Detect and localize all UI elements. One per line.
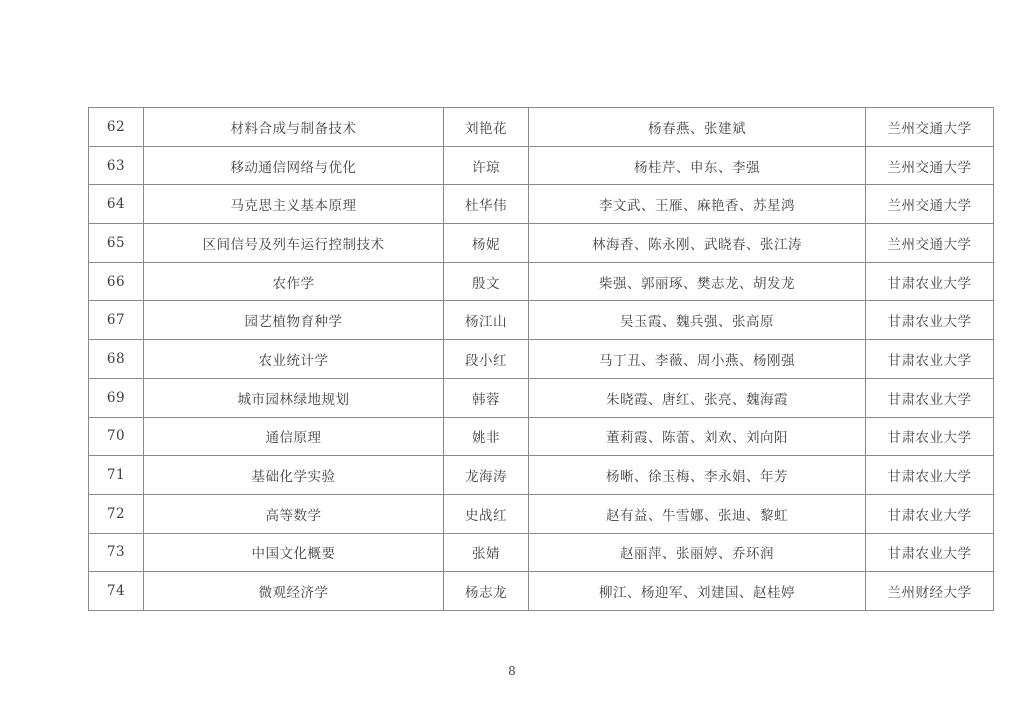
cell-university: 兰州交通大学 <box>866 224 994 263</box>
table-row: 63 移动通信网络与优化 许琼 杨桂芹、申东、李强 兰州交通大学 <box>89 146 994 185</box>
cell-course-name: 高等数学 <box>144 494 444 533</box>
table-row: 73 中国文化概要 张婧 赵丽萍、张丽婷、乔环润 甘肃农业大学 <box>89 533 994 572</box>
cell-university: 甘肃农业大学 <box>866 533 994 572</box>
cell-serial-number: 62 <box>89 108 144 147</box>
cell-leader-name: 史战红 <box>444 494 529 533</box>
cell-serial-number: 65 <box>89 224 144 263</box>
cell-university: 甘肃农业大学 <box>866 378 994 417</box>
cell-serial-number: 70 <box>89 417 144 456</box>
cell-course-name: 区间信号及列车运行控制技术 <box>144 224 444 263</box>
document-page: 62 材料合成与制备技术 刘艳花 杨春燕、张建斌 兰州交通大学 63 移动通信网… <box>0 0 1024 724</box>
table-row: 74 微观经济学 杨志龙 柳江、杨迎军、刘建国、赵桂婷 兰州财经大学 <box>89 572 994 611</box>
cell-leader-name: 韩蓉 <box>444 378 529 417</box>
cell-course-name: 移动通信网络与优化 <box>144 146 444 185</box>
table-row: 66 农作学 殷文 柴强、郭丽琢、樊志龙、胡发龙 甘肃农业大学 <box>89 262 994 301</box>
cell-serial-number: 74 <box>89 572 144 611</box>
cell-leader-name: 杜华伟 <box>444 185 529 224</box>
cell-member-names: 朱晓霞、唐红、张亮、魏海霞 <box>529 378 866 417</box>
cell-university: 甘肃农业大学 <box>866 301 994 340</box>
cell-university: 甘肃农业大学 <box>866 340 994 379</box>
cell-member-names: 杨桂芹、申东、李强 <box>529 146 866 185</box>
cell-leader-name: 龙海涛 <box>444 456 529 495</box>
cell-course-name: 农作学 <box>144 262 444 301</box>
cell-serial-number: 73 <box>89 533 144 572</box>
cell-member-names: 董莉霞、陈蕾、刘欢、刘向阳 <box>529 417 866 456</box>
table-row: 70 通信原理 姚非 董莉霞、陈蕾、刘欢、刘向阳 甘肃农业大学 <box>89 417 994 456</box>
cell-member-names: 杨晰、徐玉梅、李永娟、年芳 <box>529 456 866 495</box>
cell-serial-number: 69 <box>89 378 144 417</box>
cell-course-name: 农业统计学 <box>144 340 444 379</box>
cell-university: 兰州交通大学 <box>866 185 994 224</box>
cell-leader-name: 许琼 <box>444 146 529 185</box>
cell-leader-name: 殷文 <box>444 262 529 301</box>
cell-member-names: 林海香、陈永刚、武晓春、张江涛 <box>529 224 866 263</box>
cell-university: 兰州交通大学 <box>866 146 994 185</box>
cell-leader-name: 姚非 <box>444 417 529 456</box>
table-row: 67 园艺植物育种学 杨江山 吴玉霞、魏兵强、张高原 甘肃农业大学 <box>89 301 994 340</box>
page-number: 8 <box>0 664 1024 678</box>
cell-university: 甘肃农业大学 <box>866 494 994 533</box>
cell-serial-number: 66 <box>89 262 144 301</box>
course-list-table: 62 材料合成与制备技术 刘艳花 杨春燕、张建斌 兰州交通大学 63 移动通信网… <box>88 107 994 611</box>
table-row: 65 区间信号及列车运行控制技术 杨妮 林海香、陈永刚、武晓春、张江涛 兰州交通… <box>89 224 994 263</box>
table-row: 68 农业统计学 段小红 马丁丑、李薇、周小燕、杨刚强 甘肃农业大学 <box>89 340 994 379</box>
cell-member-names: 李文武、王雁、麻艳香、苏星鸿 <box>529 185 866 224</box>
table-row: 71 基础化学实验 龙海涛 杨晰、徐玉梅、李永娟、年芳 甘肃农业大学 <box>89 456 994 495</box>
cell-course-name: 材料合成与制备技术 <box>144 108 444 147</box>
cell-serial-number: 71 <box>89 456 144 495</box>
cell-university: 兰州交通大学 <box>866 108 994 147</box>
cell-serial-number: 68 <box>89 340 144 379</box>
cell-serial-number: 64 <box>89 185 144 224</box>
cell-leader-name: 杨妮 <box>444 224 529 263</box>
cell-serial-number: 63 <box>89 146 144 185</box>
cell-university: 甘肃农业大学 <box>866 456 994 495</box>
cell-member-names: 杨春燕、张建斌 <box>529 108 866 147</box>
cell-course-name: 马克思主义基本原理 <box>144 185 444 224</box>
cell-university: 甘肃农业大学 <box>866 417 994 456</box>
cell-university: 兰州财经大学 <box>866 572 994 611</box>
table-row: 72 高等数学 史战红 赵有益、牛雪娜、张迪、黎虹 甘肃农业大学 <box>89 494 994 533</box>
cell-member-names: 吴玉霞、魏兵强、张高原 <box>529 301 866 340</box>
cell-course-name: 微观经济学 <box>144 572 444 611</box>
cell-course-name: 基础化学实验 <box>144 456 444 495</box>
cell-course-name: 城市园林绿地规划 <box>144 378 444 417</box>
table-row: 62 材料合成与制备技术 刘艳花 杨春燕、张建斌 兰州交通大学 <box>89 108 994 147</box>
cell-serial-number: 72 <box>89 494 144 533</box>
cell-leader-name: 刘艳花 <box>444 108 529 147</box>
cell-leader-name: 段小红 <box>444 340 529 379</box>
cell-member-names: 赵丽萍、张丽婷、乔环润 <box>529 533 866 572</box>
cell-member-names: 赵有益、牛雪娜、张迪、黎虹 <box>529 494 866 533</box>
cell-member-names: 柳江、杨迎军、刘建国、赵桂婷 <box>529 572 866 611</box>
cell-serial-number: 67 <box>89 301 144 340</box>
cell-member-names: 柴强、郭丽琢、樊志龙、胡发龙 <box>529 262 866 301</box>
cell-leader-name: 杨志龙 <box>444 572 529 611</box>
cell-leader-name: 张婧 <box>444 533 529 572</box>
table-row: 64 马克思主义基本原理 杜华伟 李文武、王雁、麻艳香、苏星鸿 兰州交通大学 <box>89 185 994 224</box>
cell-course-name: 中国文化概要 <box>144 533 444 572</box>
cell-course-name: 通信原理 <box>144 417 444 456</box>
cell-leader-name: 杨江山 <box>444 301 529 340</box>
cell-member-names: 马丁丑、李薇、周小燕、杨刚强 <box>529 340 866 379</box>
cell-university: 甘肃农业大学 <box>866 262 994 301</box>
cell-course-name: 园艺植物育种学 <box>144 301 444 340</box>
table-row: 69 城市园林绿地规划 韩蓉 朱晓霞、唐红、张亮、魏海霞 甘肃农业大学 <box>89 378 994 417</box>
